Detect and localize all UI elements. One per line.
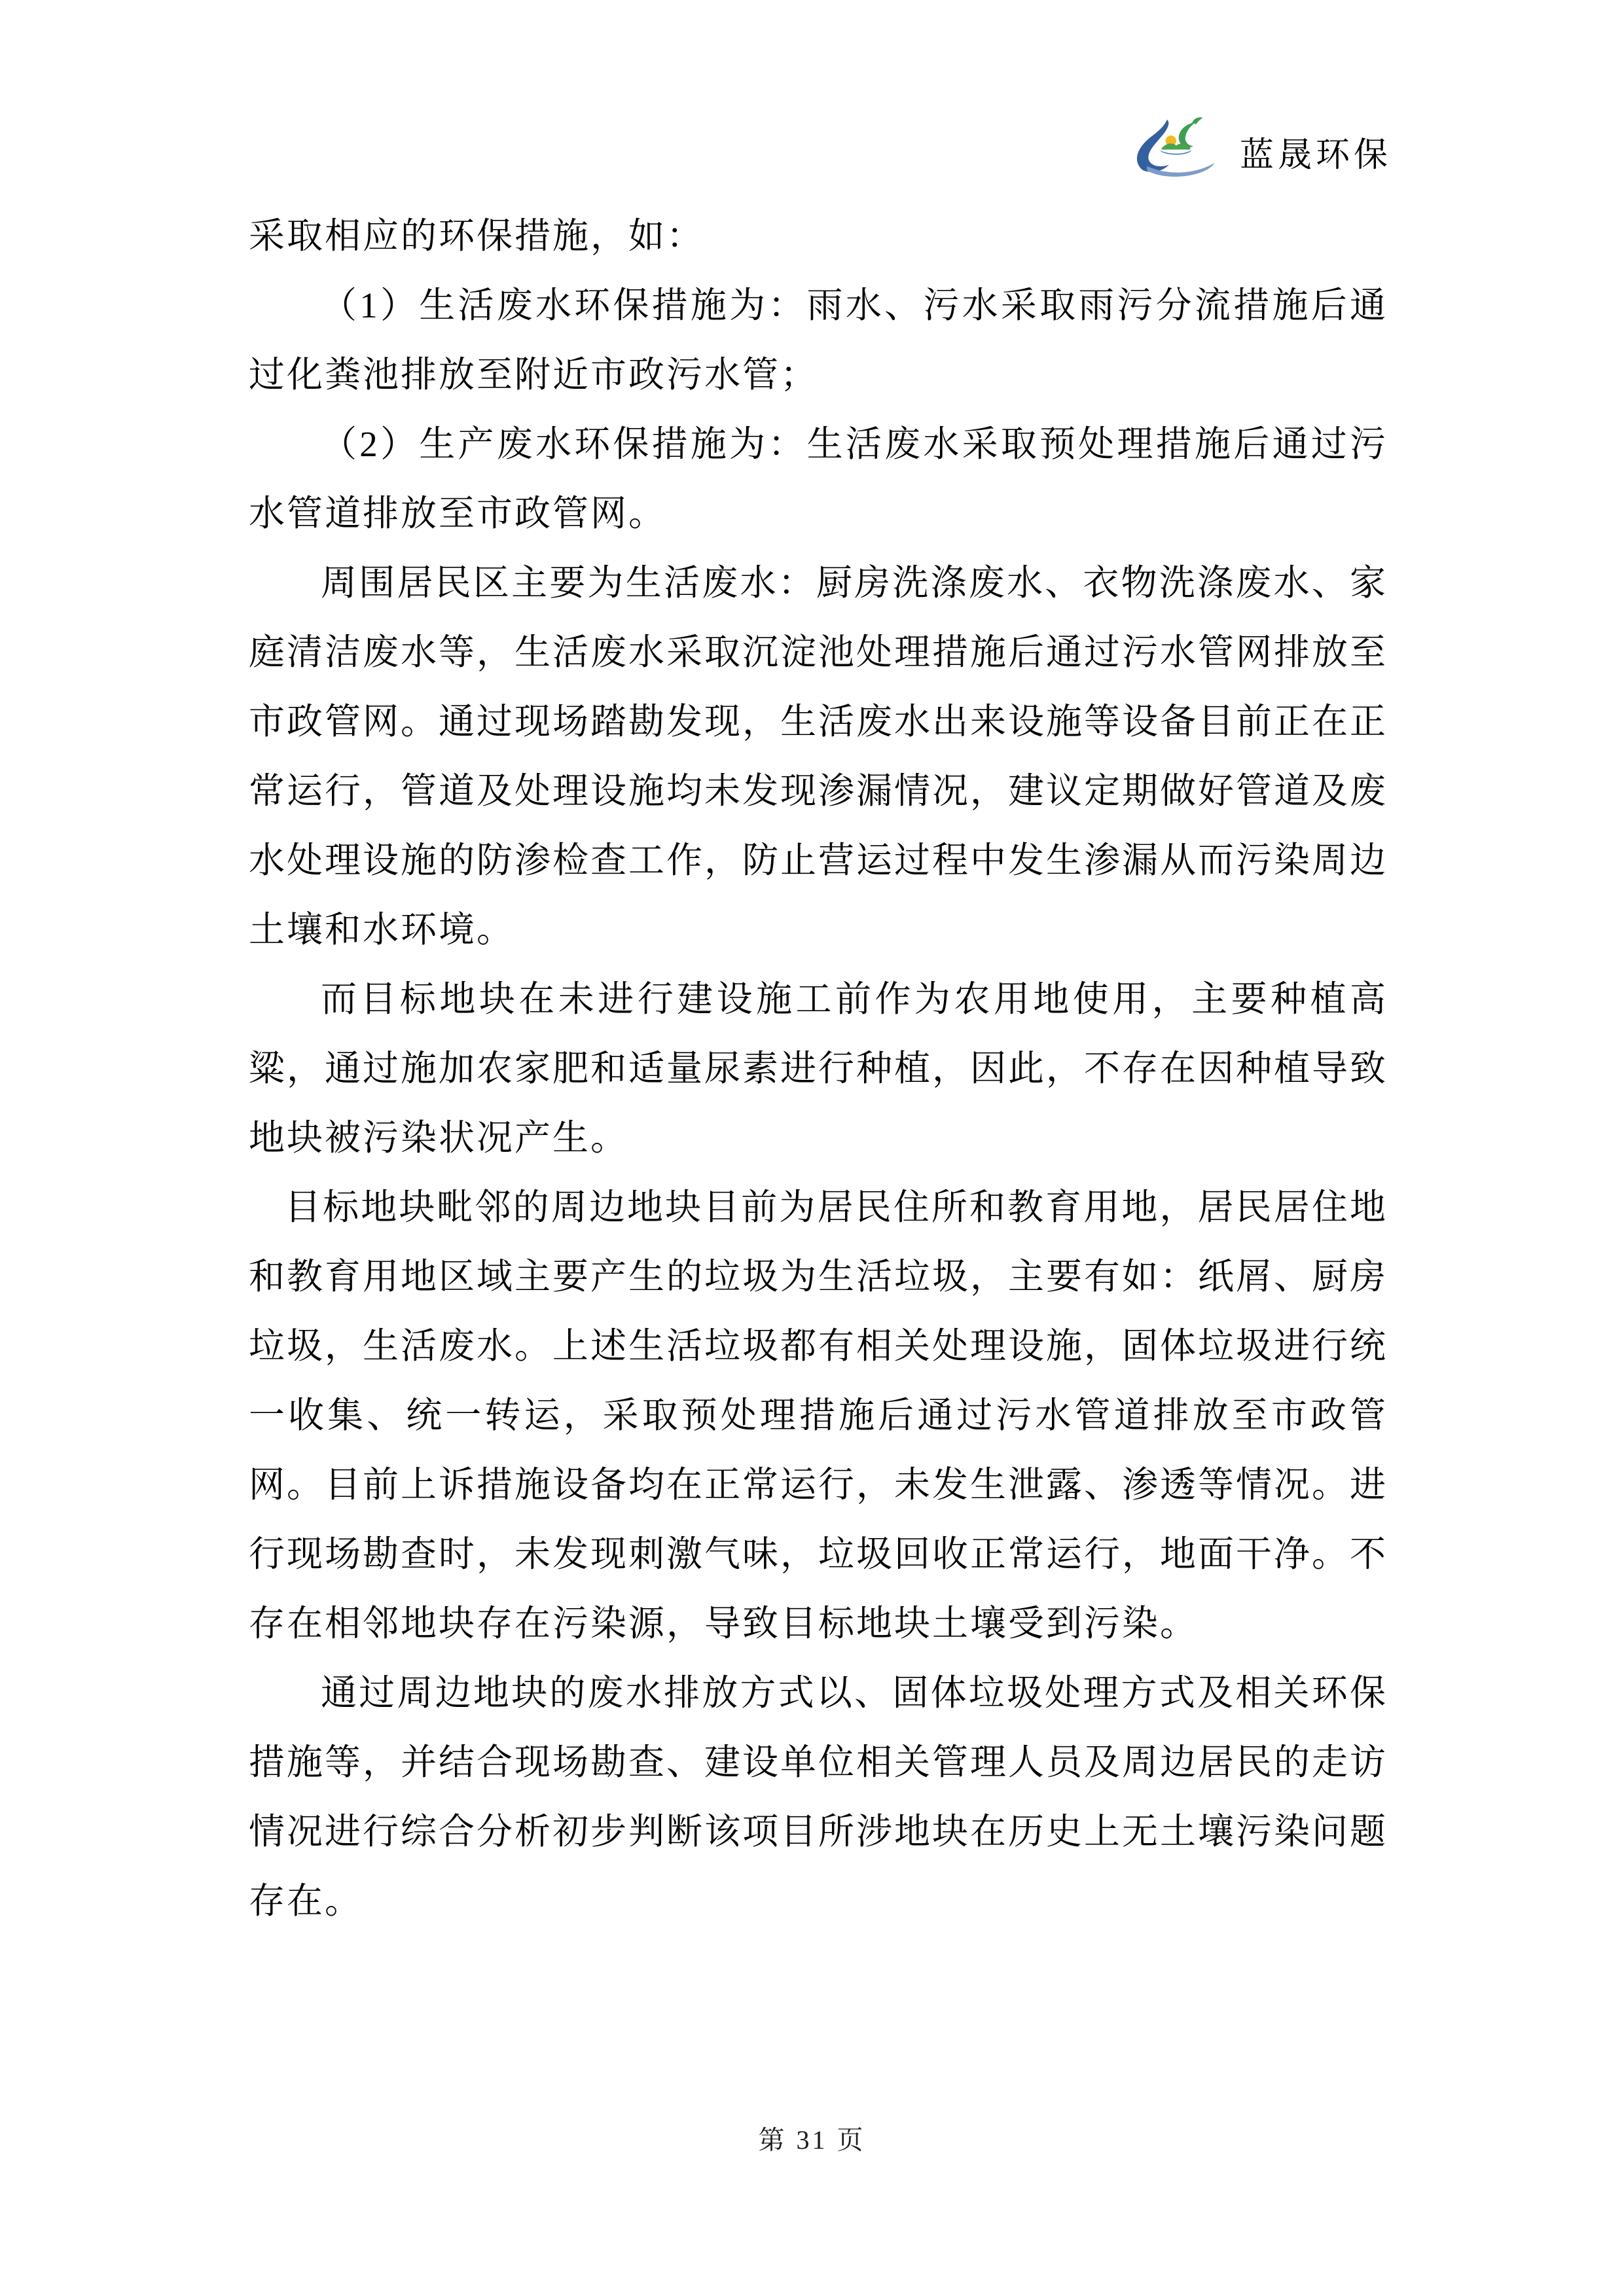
paragraph: 采取相应的环保措施，如： [249, 202, 1388, 271]
paragraph: （2）生产废水环保措施为：生活废水采取预处理措施后通过污水管道排放至市政管网。 [249, 410, 1388, 548]
paragraph: 周围居民区主要为生活废水：厨房洗涤废水、衣物洗涤废水、家庭清洁废水等，生活废水采… [249, 548, 1388, 965]
paragraph: 而目标地块在未进行建设施工前作为农用地使用，主要种植高粱，通过施加农家肥和适量尿… [249, 965, 1388, 1173]
letterhead-logo: 蓝晟环保 [1128, 113, 1392, 190]
paragraph: 目标地块毗邻的周边地块目前为居民住所和教育用地，居民居住地和教育用地区域主要产生… [249, 1173, 1388, 1659]
document-body: 采取相应的环保措施，如：（1）生活废水环保措施为：雨水、污水采取雨污分流措施后通… [249, 202, 1388, 1936]
company-logo-icon [1128, 113, 1228, 190]
paragraph: 通过周边地块的废水排放方式以、固体垃圾处理方式及相关环保措施等，并结合现场勘查、… [249, 1659, 1388, 1936]
document-page: 蓝晟环保 采取相应的环保措施，如：（1）生活废水环保措施为：雨水、污水采取雨污分… [0, 0, 1624, 2296]
company-logo-text: 蓝晟环保 [1240, 127, 1392, 176]
paragraph: （1）生活废水环保措施为：雨水、污水采取雨污分流措施后通过化粪池排放至附近市政污… [249, 271, 1388, 410]
page-number: 第 31 页 [0, 2119, 1624, 2157]
